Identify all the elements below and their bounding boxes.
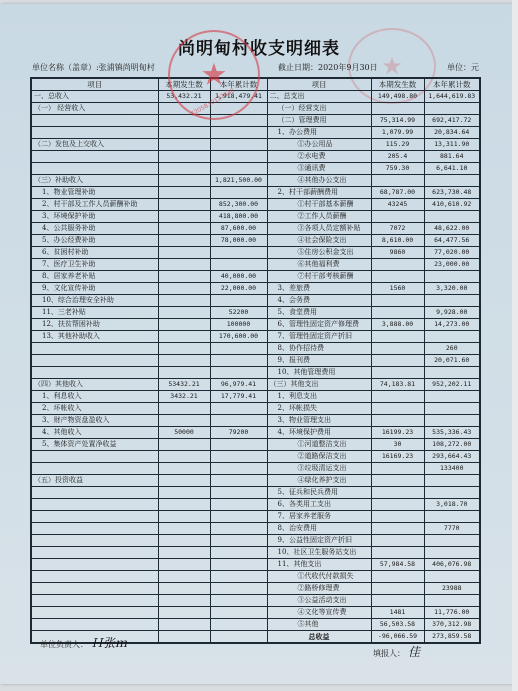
income-ytd-cell [210, 127, 267, 139]
expense-ytd-cell: 692,417.72 [424, 115, 480, 127]
income-ytd-cell [210, 547, 267, 559]
expense-period-cell: 7072 [371, 223, 424, 235]
expense-period-cell [371, 463, 424, 475]
income-item-cell: 10、综合治理安全补助 [31, 295, 158, 307]
preparer-signature-block: 填报人：佳 [373, 643, 420, 660]
table-row: 7、医疗卫生补助⑥其他福利费23,000.00 [31, 259, 480, 271]
income-item-cell: 一、总收入 [31, 91, 158, 103]
table-row: 5、征兵和民兵费用 [31, 487, 480, 499]
expense-item-cell: 3、差旅费 [267, 283, 371, 295]
income-item-cell: 5、集体资产处置净收益 [31, 439, 158, 451]
expense-item-cell: ⑤住房公积金支出 [267, 247, 371, 259]
income-period-cell [158, 115, 210, 127]
expense-period-cell: 16199.23 [371, 427, 424, 439]
income-period-cell [158, 559, 210, 571]
expense-ytd-cell: 881.64 [424, 151, 480, 163]
expense-ytd-cell [424, 571, 480, 583]
income-period-cell [158, 103, 210, 115]
expense-period-cell: 56,503.58 [371, 619, 424, 631]
income-item-cell: （一） 经营收入 [31, 103, 158, 115]
expense-ytd-cell: 952,202.11 [424, 379, 480, 391]
table-row: ⑤其他56,503.58370,312.98 [31, 619, 480, 631]
income-period-cell [158, 415, 210, 427]
income-ytd-cell [210, 463, 267, 475]
expense-period-cell: 1,079.99 [371, 127, 424, 139]
income-period-cell [158, 595, 210, 607]
income-item-cell: 6、贫困村补助 [31, 247, 158, 259]
table-row: 5、办公经费补助78,000.00④社会保险支出8,610.0064,477.5… [31, 235, 480, 247]
income-item-cell: （二）发包及上交收入 [31, 139, 158, 151]
income-period-cell [158, 523, 210, 535]
expense-item-cell: （二）管理费用 [267, 115, 371, 127]
expense-item-cell: ①代收代付款损失 [267, 571, 371, 583]
table-row: 5、集体资产处置净收益①河道整洁支出30108,272.00 [31, 439, 480, 451]
expense-ytd-cell: 1,644,619.83 [424, 91, 480, 103]
income-item-cell: 13、其他补助收入 [31, 331, 158, 343]
expense-item-cell: ②工作人员薪酬 [267, 211, 371, 223]
expense-period-cell [371, 295, 424, 307]
income-item-cell: 5、办公经费补助 [31, 235, 158, 247]
expense-ytd-cell: 20,834.64 [424, 127, 480, 139]
income-item-cell [31, 595, 158, 607]
expense-ytd-cell [424, 391, 480, 403]
income-item-cell: 8、居家养老补贴 [31, 271, 158, 283]
header-income-item: 项目 [31, 78, 158, 91]
table-row: ③公益活动支出 [31, 595, 480, 607]
expense-period-cell [371, 343, 424, 355]
table-row: 6、贫困村补助⑤住房公积金支出986077,020.00 [31, 247, 480, 259]
document-title: 尚明甸村收支明细表 [0, 34, 518, 59]
income-period-cell [158, 547, 210, 559]
header-income-ytd: 本年累计数 [210, 78, 267, 91]
table-row: （三）补助收入1,821,500.00④其他办公支出 [31, 175, 480, 187]
table-row: 10、社区卫生服务站支出 [31, 547, 480, 559]
income-period-cell [158, 235, 210, 247]
income-period-cell [158, 319, 210, 331]
expense-ytd-cell [424, 487, 480, 499]
expense-item-cell: 10、社区卫生服务站支出 [267, 547, 371, 559]
income-period-cell [158, 307, 210, 319]
expense-period-cell: 57,984.58 [371, 559, 424, 571]
table-row: 10、综合治理安全补助4、会务费 [31, 295, 480, 307]
expense-ytd-cell [424, 415, 480, 427]
expense-item-cell: ②水电费 [267, 151, 371, 163]
table-row: （二）发包及上交收入①办公用品115.2913,311.90 [31, 139, 480, 151]
expense-period-cell: 74,183.81 [371, 379, 424, 391]
expense-ytd-cell [424, 595, 480, 607]
income-item-cell: 2、村干部及工作人员薪酬补助 [31, 199, 158, 211]
expense-ytd-cell: 293,664.43 [424, 451, 480, 463]
income-ytd-cell: 170,600.00 [210, 331, 267, 343]
income-item-cell [31, 343, 158, 355]
expense-ytd-cell [424, 271, 480, 283]
expense-item-cell: ③各项人员定额补贴 [267, 223, 371, 235]
income-ytd-cell [210, 511, 267, 523]
table-row: 7、居家养老服务 [31, 511, 480, 523]
expense-period-cell [371, 259, 424, 271]
expense-period-cell: 149,498.80 [371, 91, 424, 103]
expense-ytd-cell [424, 175, 480, 187]
income-ytd-cell [210, 631, 267, 644]
table-row: 9、文化宣传补助22,000.003、差旅费15603,320.00 [31, 283, 480, 295]
expense-ytd-cell: 406,076.98 [424, 559, 480, 571]
expense-ytd-cell: 14,273.00 [424, 319, 480, 331]
expense-item-cell: ⑦村干部考核薪酬 [267, 271, 371, 283]
expense-ytd-cell: 3,018.70 [424, 499, 480, 511]
income-item-cell [31, 619, 158, 631]
expense-period-cell [371, 175, 424, 187]
expense-period-cell [371, 595, 424, 607]
income-ytd-cell [210, 115, 267, 127]
table-row: （一） 经营收入（一）经营支出 [31, 103, 480, 115]
expense-period-cell [371, 571, 424, 583]
expense-period-cell [371, 355, 424, 367]
income-item-cell: 4、公共服务补助 [31, 223, 158, 235]
table-row: 1、物业管理补助2、村干部薪酬费用68,787.00623,730.48 [31, 187, 480, 199]
header-expense-ytd: 本年累计数 [424, 78, 480, 91]
table-row: 6、各类用工支出3,018.70 [31, 499, 480, 511]
expense-period-cell [371, 211, 424, 223]
expense-ytd-cell: 133400 [424, 463, 480, 475]
expense-ytd-cell: 7770 [424, 523, 480, 535]
expense-ytd-cell [424, 511, 480, 523]
income-item-cell [31, 523, 158, 535]
income-ytd-cell [210, 559, 267, 571]
expense-ytd-cell: 3,320.00 [424, 283, 480, 295]
income-ytd-cell [210, 367, 267, 379]
income-ytd-cell [210, 523, 267, 535]
expense-period-cell: 16169.23 [371, 451, 424, 463]
income-item-cell [31, 547, 158, 559]
table-row: 1、办公费用1,079.9920,834.64 [31, 127, 480, 139]
expense-item-cell: 8、治安费用 [267, 523, 371, 535]
background-edge [512, 0, 518, 691]
expense-period-cell [371, 523, 424, 535]
currency-unit: 单位：元 [447, 62, 479, 73]
income-item-cell [31, 487, 158, 499]
income-ytd-cell [210, 187, 267, 199]
unit-head-label: 单位负责人： [40, 640, 88, 649]
table-row: 11、三老补贴522005、食堂费用9,928.00 [31, 307, 480, 319]
expense-item-cell: 7、管理性固定资产折旧 [267, 331, 371, 343]
income-period-cell [158, 163, 210, 175]
income-item-cell: （五）投资收益 [31, 475, 158, 487]
income-period-cell [158, 355, 210, 367]
income-item-cell [31, 535, 158, 547]
expense-item-cell: 二、总支出 [267, 91, 371, 103]
income-item-cell [31, 607, 158, 619]
expense-item-cell: ⑥其他福利费 [267, 259, 371, 271]
income-ytd-cell [210, 295, 267, 307]
income-period-cell [158, 127, 210, 139]
income-item-cell [31, 355, 158, 367]
expense-ytd-cell [424, 367, 480, 379]
income-ytd-cell [210, 571, 267, 583]
expense-ytd-cell: 23,000.00 [424, 259, 480, 271]
expense-item-cell: 9、报刊费 [267, 355, 371, 367]
income-ytd-cell [210, 475, 267, 487]
income-period-cell [158, 571, 210, 583]
income-item-cell: 12、扶贫帮困补助 [31, 319, 158, 331]
table-row: 1、利息收入3432.2117,779.411、利息支出 [31, 391, 480, 403]
expense-ytd-cell: 623,730.48 [424, 187, 480, 199]
expense-ytd-cell: 9,928.00 [424, 307, 480, 319]
expense-ytd-cell [424, 103, 480, 115]
income-ytd-cell: 87,600.00 [210, 223, 267, 235]
expense-period-cell: 759.30 [371, 163, 424, 175]
preparer-label: 填报人： [373, 649, 405, 658]
income-ytd-cell [210, 415, 267, 427]
income-ytd-cell [210, 595, 267, 607]
expense-period-cell: 68,787.00 [371, 187, 424, 199]
unit-name: 单位名称（盖章）:张浦镇尚明甸村 [32, 62, 155, 73]
preparer-signature: 佳 [408, 643, 420, 660]
income-period-cell [158, 535, 210, 547]
expense-ytd-cell: 273,859.58 [424, 631, 480, 644]
expense-ytd-cell: 410,610.92 [424, 199, 480, 211]
expense-period-cell: -96,066.59 [371, 631, 424, 644]
expense-period-cell: 3,888.00 [371, 319, 424, 331]
header-expense-item: 项目 [267, 78, 371, 91]
table-row: ①代收代付款损失 [31, 571, 480, 583]
income-period-cell [158, 247, 210, 259]
expense-ytd-cell [424, 547, 480, 559]
table-row: 4、公共服务补助87,600.00③各项人员定额补贴707248,622.00 [31, 223, 480, 235]
table-row: ③垃圾清运支出133400 [31, 463, 480, 475]
table-row: 2、村干部及工作人员薪酬补助852,300.00①村干部基本薪酬43245410… [31, 199, 480, 211]
income-period-cell [158, 343, 210, 355]
expense-item-cell: 5、征兵和民兵费用 [267, 487, 371, 499]
income-period-cell [158, 631, 210, 644]
expense-period-cell [371, 415, 424, 427]
expense-ytd-cell: 370,312.98 [424, 619, 480, 631]
income-item-cell: （三）补助收入 [31, 175, 158, 187]
expense-ytd-cell: 11,776.00 [424, 607, 480, 619]
income-item-cell [31, 463, 158, 475]
income-item-cell [31, 583, 158, 595]
table-row: （五）投资收益④绿化养护支出 [31, 475, 480, 487]
income-period-cell [158, 511, 210, 523]
table-row: 8、居家养老补贴40,000.00⑦村干部考核薪酬 [31, 271, 480, 283]
expense-item-cell: ⑤其他 [267, 619, 371, 631]
income-ytd-cell [210, 151, 267, 163]
income-period-cell [158, 487, 210, 499]
expense-period-cell: 8,610.00 [371, 235, 424, 247]
income-item-cell [31, 511, 158, 523]
income-ytd-cell: 52200 [210, 307, 267, 319]
table-row: 一、总收入53,432.211,918,479.41二、总支出149,498.8… [31, 91, 480, 103]
expense-item-cell: 3、物业管理支出 [267, 415, 371, 427]
income-item-cell: 1、物业管理补助 [31, 187, 158, 199]
table-row: 3、财产物资盘盈收入3、物业管理支出 [31, 415, 480, 427]
income-item-cell [31, 163, 158, 175]
income-ytd-cell: 22,000.00 [210, 283, 267, 295]
expense-ytd-cell [424, 475, 480, 487]
expense-period-cell: 30 [371, 439, 424, 451]
expense-ytd-cell [424, 295, 480, 307]
income-item-cell [31, 367, 158, 379]
expense-period-cell: 115.29 [371, 139, 424, 151]
income-ytd-cell: 40,000.00 [210, 271, 267, 283]
table-row: ③通讯费759.306,641.10 [31, 163, 480, 175]
expense-ytd-cell: 260 [424, 343, 480, 355]
income-ytd-cell: 78,000.00 [210, 235, 267, 247]
income-period-cell [158, 139, 210, 151]
income-item-cell: （四）其他收入 [31, 379, 158, 391]
income-period-cell [158, 223, 210, 235]
expense-period-cell [371, 475, 424, 487]
income-item-cell: 4、其他收入 [31, 427, 158, 439]
income-period-cell [158, 451, 210, 463]
expense-period-cell [371, 103, 424, 115]
income-ytd-cell [210, 343, 267, 355]
income-ytd-cell [210, 403, 267, 415]
income-expense-table: 项目 本期发生数 本年累计数 项目 本期发生数 本年累计数 一、总收入53,43… [30, 77, 481, 644]
expense-item-cell: 4、会务费 [267, 295, 371, 307]
income-ytd-cell [210, 451, 267, 463]
expense-ytd-cell: 23988 [424, 583, 480, 595]
income-period-cell [158, 607, 210, 619]
expense-period-cell [371, 583, 424, 595]
table-row: 3、环境保护补助418,800.00②工作人员薪酬 [31, 211, 480, 223]
expense-item-cell: （一）经营支出 [267, 103, 371, 115]
expense-period-cell [371, 511, 424, 523]
expense-period-cell: 1560 [371, 283, 424, 295]
income-period-cell [158, 271, 210, 283]
expense-item-cell: 2、村干部薪酬费用 [267, 187, 371, 199]
expense-item-cell: 5、食堂费用 [267, 307, 371, 319]
table-row: 8、协作招待费260 [31, 343, 480, 355]
expense-item-cell: ①河道整洁支出 [267, 439, 371, 451]
expense-ytd-cell: 13,311.90 [424, 139, 480, 151]
expense-item-cell: 10、其他管理费用 [267, 367, 371, 379]
table-row: 12、扶贫帮困补助1000006、管理性固定资产修理费3,888.0014,27… [31, 319, 480, 331]
cutoff-date: 截止日期：2020年9月30日 [278, 62, 378, 73]
table-row: ②道路保洁支出16169.23293,664.43 [31, 451, 480, 463]
income-ytd-cell [210, 535, 267, 547]
expense-period-cell [371, 487, 424, 499]
expense-item-cell: 总收益 [267, 631, 371, 644]
income-ytd-cell [210, 103, 267, 115]
income-ytd-cell: 79200 [210, 427, 267, 439]
expense-item-cell: ③垃圾清运支出 [267, 463, 371, 475]
expense-item-cell: 11、其他支出 [267, 559, 371, 571]
income-period-cell [158, 151, 210, 163]
expense-ytd-cell: 48,622.00 [424, 223, 480, 235]
income-item-cell [31, 499, 158, 511]
income-period-cell [158, 499, 210, 511]
expense-item-cell: ④其他办公支出 [267, 175, 371, 187]
income-ytd-cell: 100000 [210, 319, 267, 331]
income-period-cell [158, 475, 210, 487]
header-expense-period: 本期发生数 [371, 78, 424, 91]
expense-item-cell: ④文化等宣传费 [267, 607, 371, 619]
expense-period-cell: 43245 [371, 199, 424, 211]
expense-item-cell: 1、办公费用 [267, 127, 371, 139]
expense-period-cell [371, 547, 424, 559]
expense-ytd-cell: 64,477.56 [424, 235, 480, 247]
table-row: 13、其他补助收入170,600.007、管理性固定资产折旧 [31, 331, 480, 343]
expense-period-cell [371, 307, 424, 319]
expense-item-cell: 7、居家养老服务 [267, 511, 371, 523]
income-ytd-cell: 1,918,479.41 [210, 91, 267, 103]
income-item-cell [31, 151, 158, 163]
expense-ytd-cell [424, 535, 480, 547]
table-row: 2、坏帐收入2、坏帐损失 [31, 403, 480, 415]
expense-item-cell: ②路桥修理费 [267, 583, 371, 595]
income-item-cell [31, 559, 158, 571]
expense-item-cell: ①村干部基本薪酬 [267, 199, 371, 211]
income-period-cell: 53,432.21 [158, 91, 210, 103]
expense-item-cell: 8、协作招待费 [267, 343, 371, 355]
income-item-cell: 11、三老补贴 [31, 307, 158, 319]
expense-ytd-cell: 108,272.00 [424, 439, 480, 451]
table-row: ④文化等宣传费148111,776.00 [31, 607, 480, 619]
expense-item-cell: 1、利息支出 [267, 391, 371, 403]
expense-item-cell: ③公益活动支出 [267, 595, 371, 607]
expense-period-cell: 75,314.99 [371, 115, 424, 127]
unit-head-signature-block: 单位负责人：Ｈ张ｍ [40, 634, 127, 651]
expense-item-cell: 4、环境保护费用 [267, 427, 371, 439]
income-item-cell [31, 127, 158, 139]
income-period-cell [158, 199, 210, 211]
table-row: 11、其他支出57,984.58406,076.98 [31, 559, 480, 571]
table-row: （二）管理费用75,314.99692,417.72 [31, 115, 480, 127]
income-period-cell [158, 187, 210, 199]
expense-item-cell: （三）其他支出 [267, 379, 371, 391]
income-period-cell [158, 295, 210, 307]
income-period-cell: 3432.21 [158, 391, 210, 403]
income-ytd-cell: 17,779.41 [210, 391, 267, 403]
expense-item-cell: ④社会保险支出 [267, 235, 371, 247]
expense-item-cell: ④绿化养护支出 [267, 475, 371, 487]
income-period-cell [158, 211, 210, 223]
income-ytd-cell [210, 607, 267, 619]
income-period-cell [158, 583, 210, 595]
income-period-cell: 53432.21 [158, 379, 210, 391]
income-ytd-cell [210, 487, 267, 499]
income-ytd-cell: 1,821,500.00 [210, 175, 267, 187]
expense-item-cell: ③通讯费 [267, 163, 371, 175]
expense-ytd-cell [424, 403, 480, 415]
income-item-cell: 1、利息收入 [31, 391, 158, 403]
expense-item-cell: ①办公用品 [267, 139, 371, 151]
expense-period-cell: 205.4 [371, 151, 424, 163]
income-ytd-cell [210, 499, 267, 511]
income-ytd-cell [210, 259, 267, 271]
expense-item-cell: 6、各类用工支出 [267, 499, 371, 511]
income-item-cell [31, 571, 158, 583]
expense-ytd-cell: 20,071.60 [424, 355, 480, 367]
expense-period-cell [371, 391, 424, 403]
income-item-cell: 7、医疗卫生补助 [31, 259, 158, 271]
income-period-cell [158, 403, 210, 415]
income-period-cell [158, 283, 210, 295]
income-period-cell [158, 439, 210, 451]
table-row: 4、其他收入50000792004、环境保护费用16199.23535,336.… [31, 427, 480, 439]
table-row: ②路桥修理费23988 [31, 583, 480, 595]
expense-item-cell: 2、坏帐损失 [267, 403, 371, 415]
income-period-cell [158, 259, 210, 271]
table-row: ②水电费205.4881.64 [31, 151, 480, 163]
expense-item-cell: ②道路保洁支出 [267, 451, 371, 463]
table-row: 8、治安费用7770 [31, 523, 480, 535]
income-period-cell [158, 331, 210, 343]
income-period-cell [158, 463, 210, 475]
expense-period-cell [371, 331, 424, 343]
expense-item-cell: 6、管理性固定资产修理费 [267, 319, 371, 331]
income-item-cell [31, 451, 158, 463]
